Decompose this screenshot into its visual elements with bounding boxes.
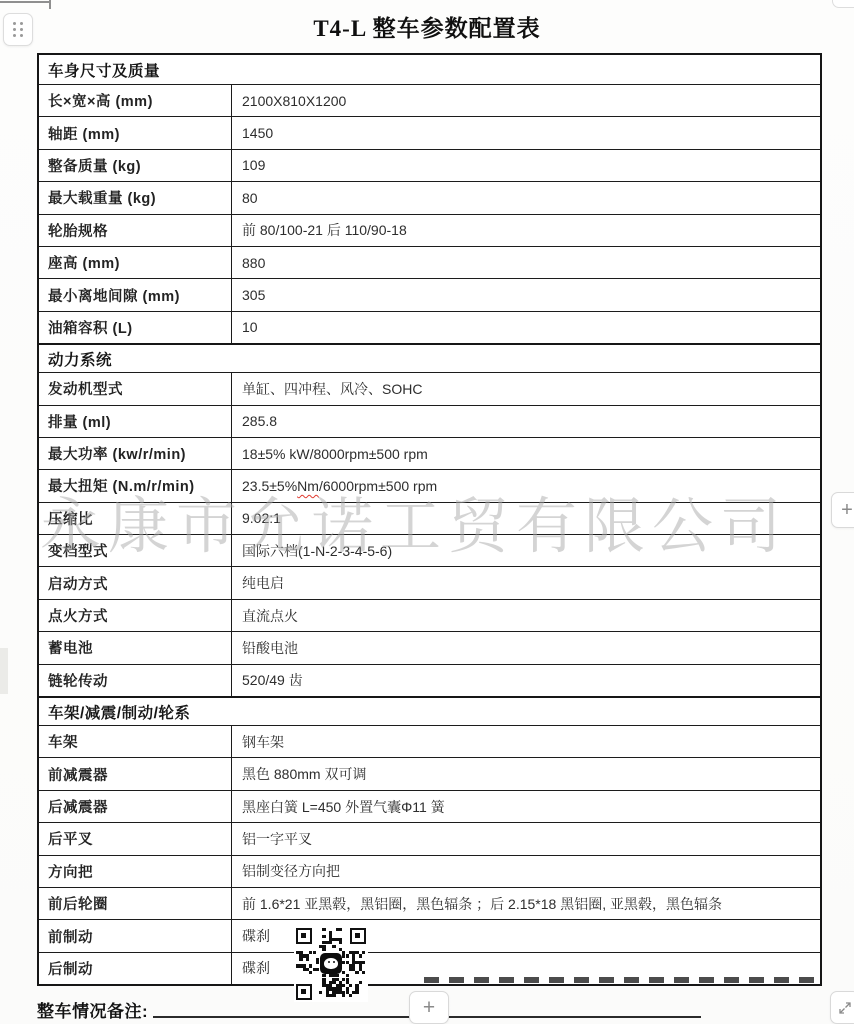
row-label: 后减震器: [39, 791, 232, 822]
table-row: 整备质量 (kg)109: [39, 149, 820, 181]
row-value: 黑色 880mm 双可调: [232, 758, 820, 789]
table-row: 方向把铝制变径方向把: [39, 855, 820, 887]
add-button-bottom[interactable]: +: [409, 991, 449, 1024]
row-value: 前 80/100-21 后 110/90-18: [232, 215, 820, 246]
row-label: 点火方式: [39, 600, 232, 631]
dashed-scan-artifact: [424, 977, 822, 983]
row-label: 最大功率 (kw/r/min): [39, 438, 232, 469]
row-label: 最大扭矩 (N.m/r/min): [39, 470, 232, 501]
table-row: 最大扭矩 (N.m/r/min)23.5±5% Nm /6000rpm±500 …: [39, 469, 820, 501]
row-label: 最大载重量 (kg): [39, 182, 232, 213]
qr-finder-icon: [296, 984, 312, 1000]
table-row: 油箱容积 (L)10: [39, 311, 820, 343]
add-button-right[interactable]: +: [831, 492, 854, 528]
row-value: 305: [232, 279, 820, 310]
section-header: 车身尺寸及质量: [39, 59, 160, 81]
row-value: 2100X810X1200: [232, 85, 820, 116]
table-row: 启动方式纯电启: [39, 566, 820, 598]
table-row: 座高 (mm)880: [39, 246, 820, 278]
row-label: 蓄电池: [39, 632, 232, 663]
table-row: 压缩比9.02:1: [39, 502, 820, 534]
expand-button[interactable]: [830, 991, 854, 1024]
row-value: 铝制变径方向把: [232, 856, 820, 887]
table-row: 变档型式国际六档(1-N-2-3-4-5-6): [39, 534, 820, 566]
row-label: 轮胎规格: [39, 215, 232, 246]
top-edge-artifact-stub: [49, 0, 51, 9]
scan-smudge: [0, 648, 8, 694]
row-label: 链轮传动: [39, 665, 232, 696]
row-label: 后制动: [39, 953, 232, 984]
row-value: 80: [232, 182, 820, 213]
section-header: 动力系统: [39, 348, 112, 370]
spec-table: 车身尺寸及质量长×宽×高 (mm)2100X810X1200轴距 (mm)145…: [37, 53, 822, 986]
top-edge-artifact: [0, 1, 50, 3]
section-header: 车架/减震/制动/轮系: [39, 701, 190, 723]
wechat-logo-icon: [320, 953, 342, 974]
table-row: 链轮传动520/49 齿: [39, 664, 820, 696]
row-label: 最小离地间隙 (mm): [39, 279, 232, 310]
section-header-row: 动力系统: [39, 343, 820, 372]
row-value: 9.02:1: [232, 503, 820, 534]
row-value: 铝一字平叉: [232, 823, 820, 854]
row-label: 压缩比: [39, 503, 232, 534]
table-row: 轴距 (mm)1450: [39, 116, 820, 148]
row-label: 前后轮圈: [39, 888, 232, 919]
qr-finder-icon: [350, 928, 366, 944]
row-label: 油箱容积 (L): [39, 312, 232, 343]
table-row: 前后轮圈前 1.6*21 亚黑毂，黑铝圈，黑色辐条 ；后 2.15*18 黑铝圈…: [39, 887, 820, 919]
row-value: 109: [232, 150, 820, 181]
row-label: 排量 (ml): [39, 406, 232, 437]
row-value: 520/49 齿: [232, 665, 820, 696]
table-row: 轮胎规格前 80/100-21 后 110/90-18: [39, 214, 820, 246]
row-label: 后平叉: [39, 823, 232, 854]
table-row: 蓄电池铅酸电池: [39, 631, 820, 663]
section-header-row: 车身尺寸及质量: [39, 55, 820, 84]
row-value: 1450: [232, 117, 820, 148]
footer-remarks-label: 整车情况备注:: [37, 997, 148, 1022]
row-label: 前减震器: [39, 758, 232, 789]
row-value: 直流点火: [232, 600, 820, 631]
table-row: 点火方式直流点火: [39, 599, 820, 631]
table-row: 长×宽×高 (mm)2100X810X1200: [39, 84, 820, 116]
table-row: 排量 (ml)285.8: [39, 405, 820, 437]
row-value: 前 1.6*21 亚黑毂，黑铝圈，黑色辐条 ；后 2.15*18 黑铝圈, 亚黑…: [232, 888, 820, 919]
table-row: 前减震器黑色 880mm 双可调: [39, 757, 820, 789]
row-value: 10: [232, 312, 820, 343]
row-value: 国际六档(1-N-2-3-4-5-6): [232, 535, 820, 566]
row-value: 18±5% kW/8000rpm±500 rpm: [232, 438, 820, 469]
row-label: 整备质量 (kg): [39, 150, 232, 181]
row-label: 方向把: [39, 856, 232, 887]
scanned-spec-sheet: T4-L 整车参数配置表 车身尺寸及质量长×宽×高 (mm)2100X810X1…: [0, 0, 854, 1024]
row-label: 座高 (mm): [39, 247, 232, 278]
row-label: 轴距 (mm): [39, 117, 232, 148]
row-value: 纯电启: [232, 567, 820, 598]
row-value: 单缸、四冲程、风冷、SOHC: [232, 373, 820, 404]
table-row: 最大载重量 (kg)80: [39, 181, 820, 213]
table-row: 后减震器黑座白簧 L=450 外置气囊Φ11 簧: [39, 790, 820, 822]
row-label: 车架: [39, 726, 232, 757]
row-value: 285.8: [232, 406, 820, 437]
row-label: 长×宽×高 (mm): [39, 85, 232, 116]
row-value: 880: [232, 247, 820, 278]
row-label: 启动方式: [39, 567, 232, 598]
table-row: 车架钢车架: [39, 725, 820, 757]
row-value: 黑座白簧 L=450 外置气囊Φ11 簧: [232, 791, 820, 822]
table-row: 前制动碟刹: [39, 919, 820, 951]
row-value: 23.5±5% Nm /6000rpm±500 rpm: [232, 470, 820, 501]
expand-arrows-icon: [839, 1002, 851, 1014]
qr-finder-icon: [296, 928, 312, 944]
page-title: T4-L 整车参数配置表: [0, 10, 854, 43]
section-header-row: 车架/减震/制动/轮系: [39, 696, 820, 725]
row-label: 前制动: [39, 920, 232, 951]
wechat-qr-code: [294, 926, 368, 1002]
table-row: 最大功率 (kw/r/min)18±5% kW/8000rpm±500 rpm: [39, 437, 820, 469]
row-label: 变档型式: [39, 535, 232, 566]
top-right-partial-button[interactable]: [832, 0, 854, 8]
table-row: 后平叉铝一字平叉: [39, 822, 820, 854]
row-value: 钢车架: [232, 726, 820, 757]
table-row: 最小离地间隙 (mm)305: [39, 278, 820, 310]
row-value: 铅酸电池: [232, 632, 820, 663]
row-label: 发动机型式: [39, 373, 232, 404]
table-row: 发动机型式单缸、四冲程、风冷、SOHC: [39, 372, 820, 404]
